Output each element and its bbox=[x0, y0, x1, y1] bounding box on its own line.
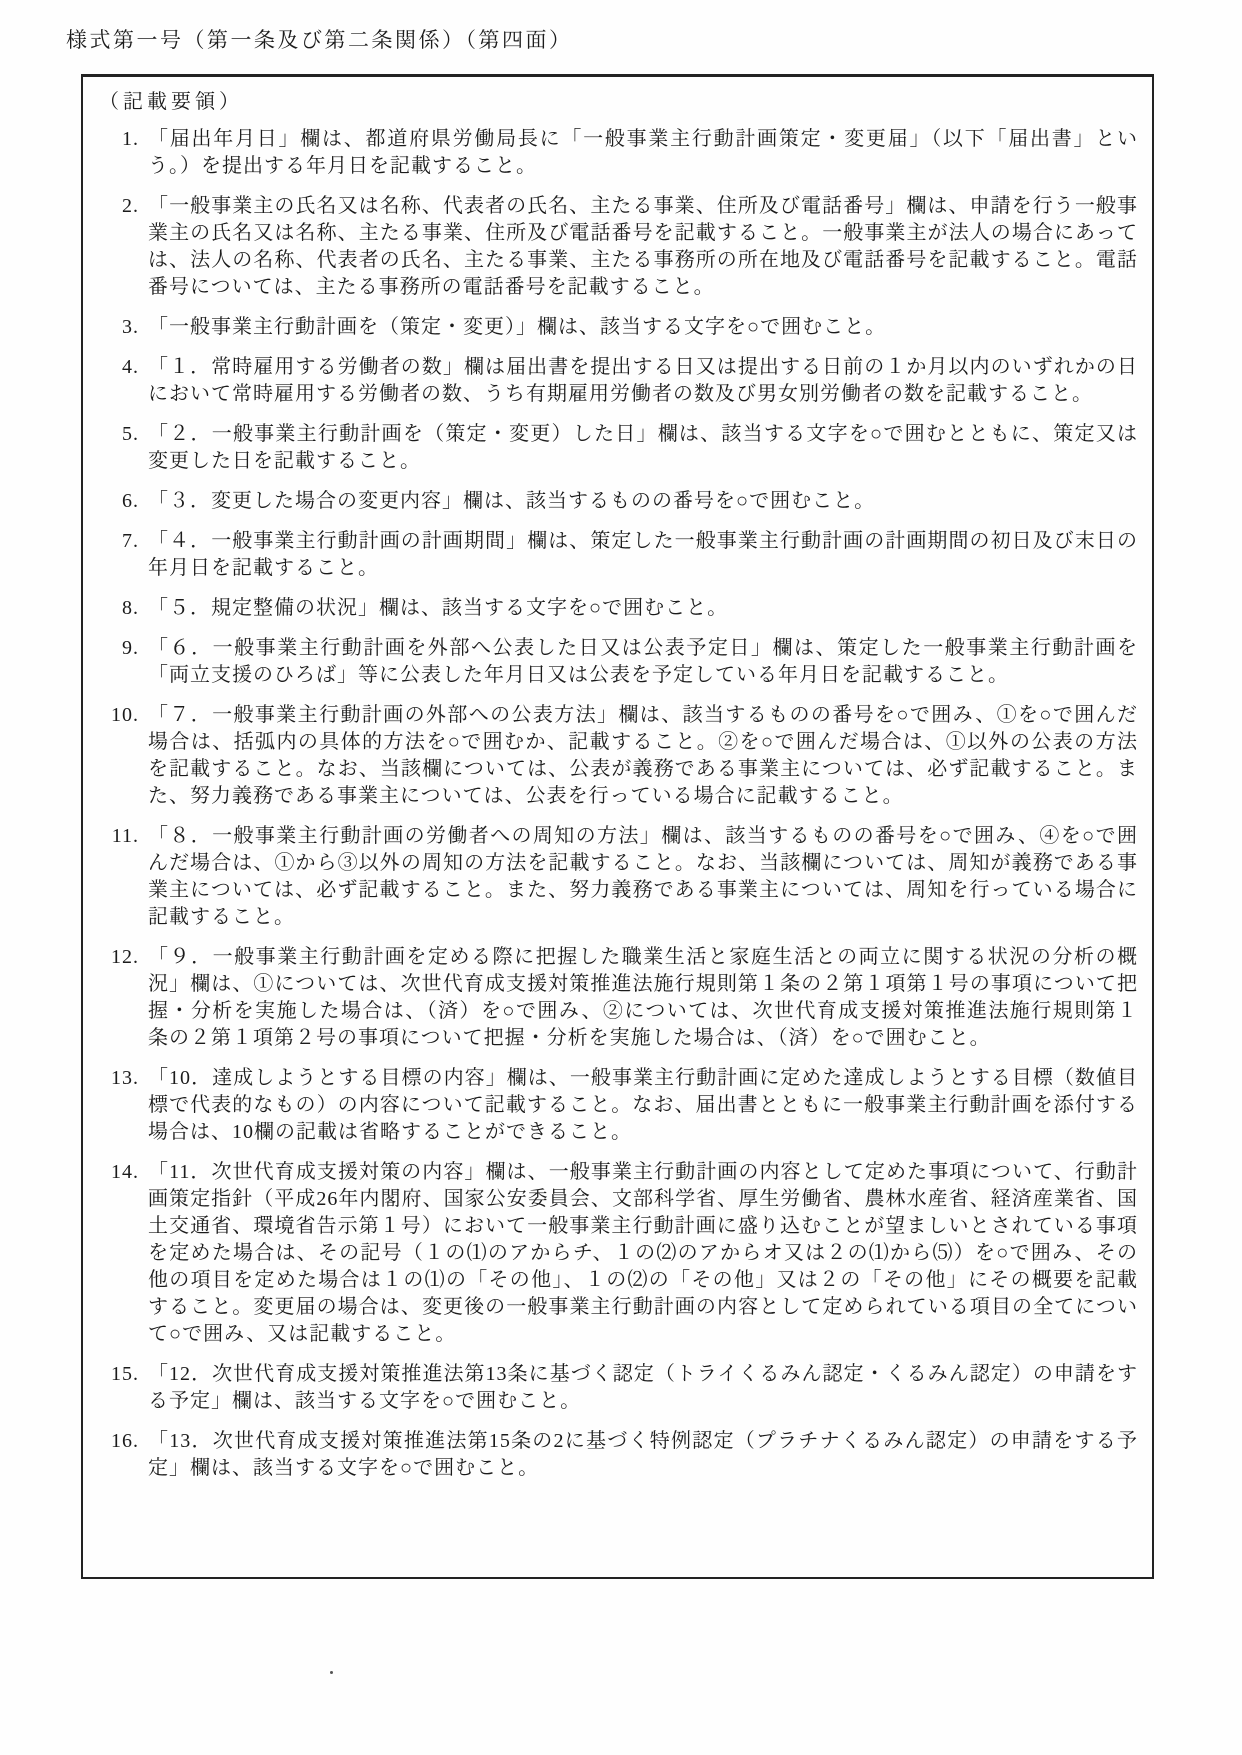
item-number: 14. bbox=[99, 1159, 148, 1186]
scan-artifact-dot bbox=[330, 1671, 333, 1674]
item-text: 「10．達成しようとする目標の内容」欄は、一般事業主行動計画に定めた達成しようと… bbox=[148, 1065, 1138, 1146]
item-number: 16. bbox=[99, 1428, 148, 1455]
item-text: 「３．変更した場合の変更内容」欄は、該当するものの番号を○で囲むこと。 bbox=[148, 488, 1138, 515]
item-number: 12. bbox=[99, 944, 148, 971]
item-text: 「11．次世代育成支援対策の内容」欄は、一般事業主行動計画の内容として定めた事項… bbox=[148, 1159, 1138, 1348]
item-text: 「９．一般事業主行動計画を定める際に把握した職業生活と家庭生活との両立に関する状… bbox=[148, 944, 1138, 1052]
item-text: 「７．一般事業主行動計画の外部への公表方法」欄は、該当するものの番号を○で囲み、… bbox=[148, 702, 1138, 810]
item-number: 9. bbox=[99, 635, 148, 662]
instruction-item: 14.「11．次世代育成支援対策の内容」欄は、一般事業主行動計画の内容として定め… bbox=[99, 1159, 1138, 1348]
item-text: 「８．一般事業主行動計画の労働者への周知の方法」欄は、該当するものの番号を○で囲… bbox=[148, 823, 1138, 931]
item-text: 「一般事業主の氏名又は名称、代表者の氏名、主たる事業、住所及び電話番号」欄は、申… bbox=[148, 193, 1138, 301]
instruction-item: 13.「10．達成しようとする目標の内容」欄は、一般事業主行動計画に定めた達成し… bbox=[99, 1065, 1138, 1146]
item-number: 4. bbox=[99, 354, 148, 381]
item-number: 1. bbox=[99, 126, 148, 153]
entry-guidelines-title: （記載要領） bbox=[99, 85, 1138, 114]
instruction-item: 4.「１．常時雇用する労働者の数」欄は届出書を提出する日又は提出する日前の１か月… bbox=[99, 354, 1138, 408]
item-number: 13. bbox=[99, 1065, 148, 1092]
item-text: 「４．一般事業主行動計画の計画期間」欄は、策定した一般事業主行動計画の計画期間の… bbox=[148, 528, 1138, 582]
item-number: 5. bbox=[99, 421, 148, 448]
document-page: 様式第一号（第一条及び第二条関係）（第四面） （記載要領） 1.「届出年月日」欄… bbox=[0, 0, 1242, 1755]
item-number: 8. bbox=[99, 595, 148, 622]
instruction-list: 1.「届出年月日」欄は、都道府県労働局長に「一般事業主行動計画策定・変更届」（以… bbox=[97, 126, 1138, 1482]
instruction-item: 11.「８．一般事業主行動計画の労働者への周知の方法」欄は、該当するものの番号を… bbox=[99, 823, 1138, 931]
instruction-item: 15.「12．次世代育成支援対策推進法第13条に基づく認定（トライくるみん認定・… bbox=[99, 1361, 1138, 1415]
item-text: 「一般事業主行動計画を（策定・変更）」欄は、該当する文字を○で囲むこと。 bbox=[148, 314, 1138, 341]
item-number: 6. bbox=[99, 488, 148, 515]
instruction-item: 8.「５．規定整備の状況」欄は、該当する文字を○で囲むこと。 bbox=[99, 595, 1138, 622]
item-text: 「６．一般事業主行動計画を外部へ公表した日又は公表予定日」欄は、策定した一般事業… bbox=[148, 635, 1138, 689]
item-number: 15. bbox=[99, 1361, 148, 1388]
item-number: 3. bbox=[99, 314, 148, 341]
item-number: 2. bbox=[99, 193, 148, 220]
instruction-item: 10.「７．一般事業主行動計画の外部への公表方法」欄は、該当するものの番号を○で… bbox=[99, 702, 1138, 810]
form-number-label: 様式第一号（第一条及び第二条関係）（第四面） bbox=[66, 24, 573, 54]
entry-guidelines-box: （記載要領） 1.「届出年月日」欄は、都道府県労働局長に「一般事業主行動計画策定… bbox=[81, 74, 1154, 1579]
instruction-item: 1.「届出年月日」欄は、都道府県労働局長に「一般事業主行動計画策定・変更届」（以… bbox=[99, 126, 1138, 180]
item-text: 「12．次世代育成支援対策推進法第13条に基づく認定（トライくるみん認定・くるみ… bbox=[148, 1361, 1138, 1415]
item-text: 「届出年月日」欄は、都道府県労働局長に「一般事業主行動計画策定・変更届」（以下「… bbox=[148, 126, 1138, 180]
item-number: 11. bbox=[99, 823, 148, 850]
instruction-item: 3.「一般事業主行動計画を（策定・変更）」欄は、該当する文字を○で囲むこと。 bbox=[99, 314, 1138, 341]
instruction-item: 12.「９．一般事業主行動計画を定める際に把握した職業生活と家庭生活との両立に関… bbox=[99, 944, 1138, 1052]
item-text: 「13．次世代育成支援対策推進法第15条の2に基づく特例認定（プラチナくるみん認… bbox=[148, 1428, 1138, 1482]
instruction-item: 7.「４．一般事業主行動計画の計画期間」欄は、策定した一般事業主行動計画の計画期… bbox=[99, 528, 1138, 582]
item-number: 7. bbox=[99, 528, 148, 555]
instruction-item: 2.「一般事業主の氏名又は名称、代表者の氏名、主たる事業、住所及び電話番号」欄は… bbox=[99, 193, 1138, 301]
instruction-item: 16.「13．次世代育成支援対策推進法第15条の2に基づく特例認定（プラチナくる… bbox=[99, 1428, 1138, 1482]
item-number: 10. bbox=[99, 702, 148, 729]
instruction-item: 9.「６．一般事業主行動計画を外部へ公表した日又は公表予定日」欄は、策定した一般… bbox=[99, 635, 1138, 689]
item-text: 「２．一般事業主行動計画を（策定・変更）した日」欄は、該当する文字を○で囲むとと… bbox=[148, 421, 1138, 475]
item-text: 「１．常時雇用する労働者の数」欄は届出書を提出する日又は提出する日前の１か月以内… bbox=[148, 354, 1138, 408]
item-text: 「５．規定整備の状況」欄は、該当する文字を○で囲むこと。 bbox=[148, 595, 1138, 622]
instruction-item: 6.「３．変更した場合の変更内容」欄は、該当するものの番号を○で囲むこと。 bbox=[99, 488, 1138, 515]
instruction-item: 5.「２．一般事業主行動計画を（策定・変更）した日」欄は、該当する文字を○で囲む… bbox=[99, 421, 1138, 475]
